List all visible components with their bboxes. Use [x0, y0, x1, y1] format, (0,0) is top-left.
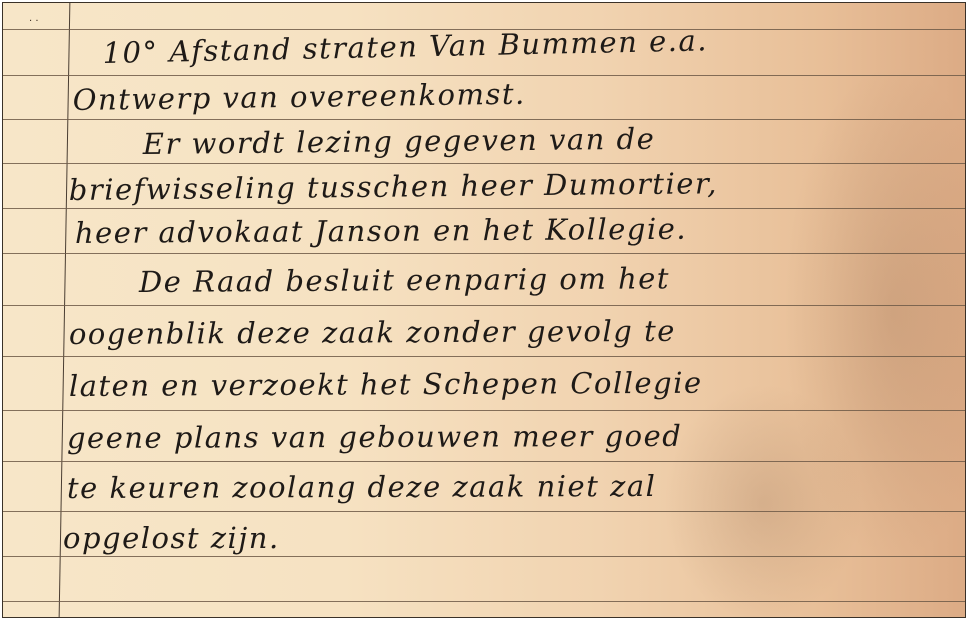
paper-stain	[663, 383, 863, 618]
text-line-7: oogenblik deze zaak zonder gevolg te	[69, 314, 676, 351]
text-line-1: 10° Afstand straten Van Bummen e.a.	[102, 23, 708, 70]
text-line-8: laten en verzoekt het Schepen Collegie	[69, 366, 703, 403]
text-line-5: heer advokaat Janson en het Kollegie.	[75, 212, 687, 250]
margin-marks: . .	[29, 13, 39, 24]
ruled-line	[3, 75, 965, 76]
ruled-line	[3, 305, 965, 306]
ruled-line	[3, 119, 965, 120]
text-line-4: briefwisseling tusschen heer Dumortier,	[69, 166, 718, 207]
text-line-6: De Raad besluit eenparig om het	[139, 261, 670, 299]
ruled-line	[3, 356, 965, 357]
text-line-10: te keuren zoolang deze zaak niet zal	[67, 469, 657, 505]
ruled-line	[3, 163, 965, 164]
text-line-2: Ontwerp van overeenkomst.	[73, 77, 526, 117]
text-line-9: geene plans van gebouwen meer goed	[67, 419, 683, 455]
ruled-line	[3, 556, 965, 557]
ruled-line	[3, 410, 965, 411]
ruled-line	[3, 601, 965, 602]
ruled-line	[3, 461, 965, 462]
text-line-11: opgelost zijn.	[63, 521, 280, 555]
handwritten-page: . . 10° Afstand straten Van Bummen e.a. …	[2, 2, 966, 618]
ruled-line	[3, 253, 965, 254]
text-line-3: Er wordt lezing gegeven van de	[143, 122, 656, 161]
ruled-line	[3, 511, 965, 512]
ruled-line	[3, 208, 965, 209]
